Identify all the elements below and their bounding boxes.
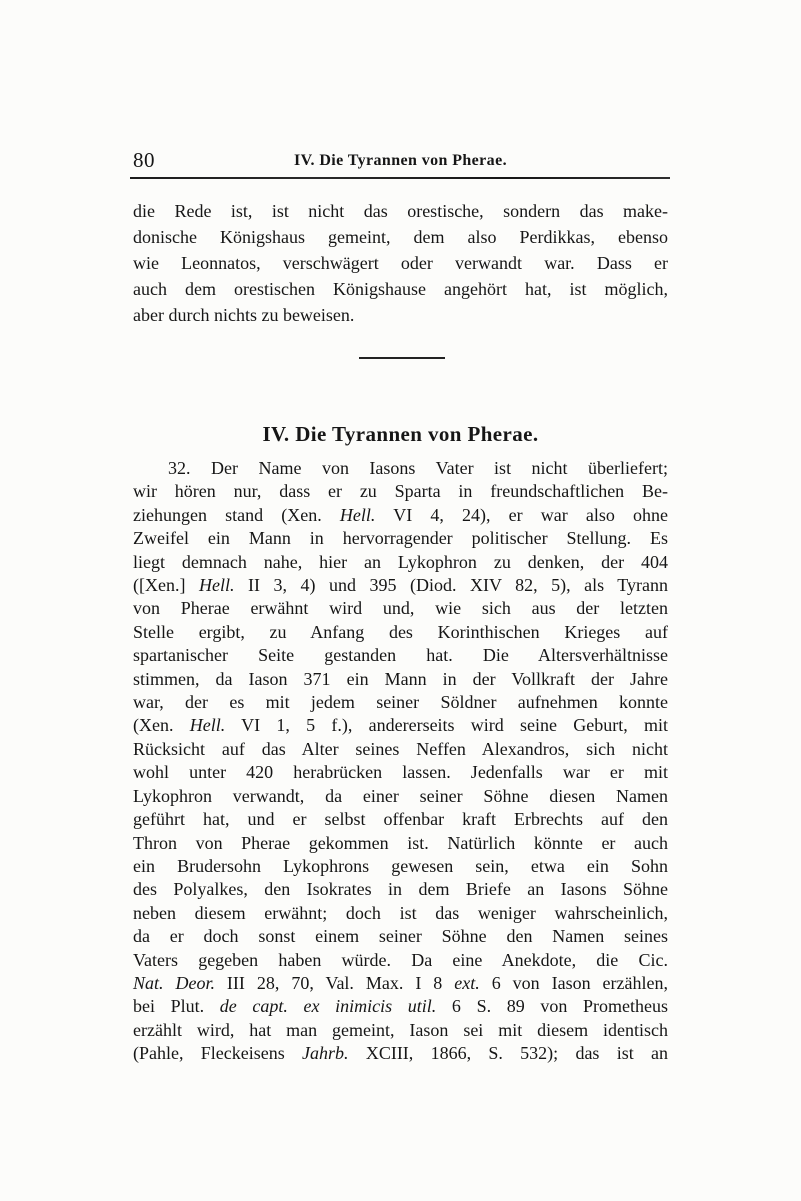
text-line: Vaters gegeben haben würde. Da eine Anek… — [133, 949, 668, 972]
text-line: neben diesem erwähnt; doch ist das wenig… — [133, 902, 668, 925]
body-paragraph: 32. Der Name von Iasons Vater ist nicht … — [133, 457, 668, 1066]
text-run: Zweifel ein Mann in hervorragender polit… — [133, 528, 668, 548]
text-line: von Pherae erwähnt wird und, wie sich au… — [133, 597, 668, 620]
text-line: geführt hat, und er selbst offenbar kraf… — [133, 808, 668, 831]
text-run: die Rede ist, ist nicht das orestische, … — [133, 201, 668, 221]
text-run: liegt demnach nahe, hier an Lykophron zu… — [133, 552, 668, 572]
text-line: Lykophron verwandt, da einer seiner Söhn… — [133, 785, 668, 808]
book-page: 80 IV. Die Tyrannen von Pherae. die Rede… — [0, 0, 801, 1201]
text-line: (Xen. Hell. VI 1, 5 f.), andererseits wi… — [133, 714, 668, 737]
continuation-paragraph: die Rede ist, ist nicht das orestische, … — [133, 198, 668, 328]
section-divider — [359, 357, 445, 359]
text-line: stimmen, da Iason 371 ein Mann in der Vo… — [133, 668, 668, 691]
italic-citation: Hell. — [190, 715, 226, 735]
text-run: (Pahle, Fleckeisens — [133, 1043, 302, 1063]
text-run: war, der es mit jedem seiner Söldner auf… — [133, 692, 668, 712]
text-run: II 3, 4) und 395 (Diod. XIV 82, 5), als … — [234, 575, 668, 595]
text-line: Nat. Deor. III 28, 70, Val. Max. I 8 ext… — [133, 972, 668, 995]
text-line: liegt demnach nahe, hier an Lykophron zu… — [133, 551, 668, 574]
text-line: spartanischer Seite gestanden hat. Die A… — [133, 644, 668, 667]
italic-citation: Jahrb. — [302, 1043, 349, 1063]
text-run: wohl unter 420 herabrücken lassen. Jeden… — [133, 762, 668, 782]
text-run: neben diesem erwähnt; doch ist das wenig… — [133, 903, 668, 923]
text-run: VI 4, 24), er war also ohne — [375, 505, 668, 525]
italic-citation: de capt. ex inimicis util. — [220, 996, 437, 1016]
italic-citation: Hell. — [340, 505, 376, 525]
text-line: bei Plut. de capt. ex inimicis util. 6 S… — [133, 995, 668, 1018]
text-line: ziehungen stand (Xen. Hell. VI 4, 24), e… — [133, 504, 668, 527]
text-line: donische Königshaus gemeint, dem also Pe… — [133, 224, 668, 250]
text-run: 6 von Iason erzählen, — [480, 973, 668, 993]
italic-citation: Nat. Deor. — [133, 973, 215, 993]
text-run: da er doch sonst einem seiner Söhne den … — [133, 926, 668, 946]
italic-citation: Hell. — [199, 575, 235, 595]
text-line: erzählt wird, hat man gemeint, Iason sei… — [133, 1019, 668, 1042]
text-run: VI 1, 5 f.), andererseits wird seine Geb… — [225, 715, 668, 735]
text-line: Thron von Pherae gekommen ist. Natürlich… — [133, 832, 668, 855]
text-run: donische Königshaus gemeint, dem also Pe… — [133, 227, 668, 247]
text-run: Thron von Pherae gekommen ist. Natürlich… — [133, 833, 668, 853]
text-run: wir hören nur, dass er zu Sparta in freu… — [133, 481, 668, 501]
text-run: ein Brudersohn Lykophrons gewesen sein, … — [133, 856, 668, 876]
text-run: geführt hat, und er selbst offenbar kraf… — [133, 809, 668, 829]
text-run: auch dem orestischen Königshause angehör… — [133, 279, 668, 299]
text-run: des Polyalkes, den Isokrates in dem Brie… — [133, 879, 668, 899]
header-rule — [130, 177, 670, 179]
page-header: 80 IV. Die Tyrannen von Pherae. — [133, 146, 668, 172]
text-line: war, der es mit jedem seiner Söldner auf… — [133, 691, 668, 714]
text-line: ([Xen.] Hell. II 3, 4) und 395 (Diod. XI… — [133, 574, 668, 597]
italic-citation: ext. — [454, 973, 479, 993]
text-line: Rücksicht auf das Alter seines Neffen Al… — [133, 738, 668, 761]
text-line: auch dem orestischen Königshause angehör… — [133, 276, 668, 302]
text-line: die Rede ist, ist nicht das orestische, … — [133, 198, 668, 224]
text-line: 32. Der Name von Iasons Vater ist nicht … — [133, 457, 668, 480]
text-run: III 28, 70, Val. Max. I 8 — [215, 973, 454, 993]
text-line: wohl unter 420 herabrücken lassen. Jeden… — [133, 761, 668, 784]
text-run: erzählt wird, hat man gemeint, Iason sei… — [133, 1020, 668, 1040]
text-line: aber durch nichts zu beweisen. — [133, 302, 668, 328]
text-line: Zweifel ein Mann in hervorragender polit… — [133, 527, 668, 550]
text-run: XCIII, 1866, S. 532); das ist an — [349, 1043, 668, 1063]
text-run: Rücksicht auf das Alter seines Neffen Al… — [133, 739, 668, 759]
text-run: bei Plut. — [133, 996, 220, 1016]
text-run: Stelle ergibt, zu Anfang des Korinthisch… — [133, 622, 668, 642]
section-heading: IV. Die Tyrannen von Pherae. — [133, 422, 668, 447]
text-line: Stelle ergibt, zu Anfang des Korinthisch… — [133, 621, 668, 644]
page-number: 80 — [133, 148, 155, 173]
text-run: ([Xen.] — [133, 575, 199, 595]
text-line: wir hören nur, dass er zu Sparta in freu… — [133, 480, 668, 503]
text-run: 32. Der Name von Iasons Vater ist nicht … — [168, 458, 668, 478]
text-run: spartanischer Seite gestanden hat. Die A… — [133, 645, 668, 665]
text-run: (Xen. — [133, 715, 190, 735]
running-header-title: IV. Die Tyrannen von Pherae. — [133, 146, 668, 170]
text-line: da er doch sonst einem seiner Söhne den … — [133, 925, 668, 948]
text-line: wie Leonnatos, verschwägert oder verwand… — [133, 250, 668, 276]
text-run: 6 S. 89 von Prometheus — [436, 996, 668, 1016]
text-run: Lykophron verwandt, da einer seiner Söhn… — [133, 786, 668, 806]
text-run: wie Leonnatos, verschwägert oder verwand… — [133, 253, 668, 273]
text-line: des Polyalkes, den Isokrates in dem Brie… — [133, 878, 668, 901]
text-line: ein Brudersohn Lykophrons gewesen sein, … — [133, 855, 668, 878]
text-run: aber durch nichts zu beweisen. — [133, 305, 354, 325]
text-run: Vaters gegeben haben würde. Da eine Anek… — [133, 950, 668, 970]
text-line: (Pahle, Fleckeisens Jahrb. XCIII, 1866, … — [133, 1042, 668, 1065]
text-run: von Pherae erwähnt wird und, wie sich au… — [133, 598, 668, 618]
text-run: ziehungen stand (Xen. — [133, 505, 340, 525]
text-run: stimmen, da Iason 371 ein Mann in der Vo… — [133, 669, 668, 689]
